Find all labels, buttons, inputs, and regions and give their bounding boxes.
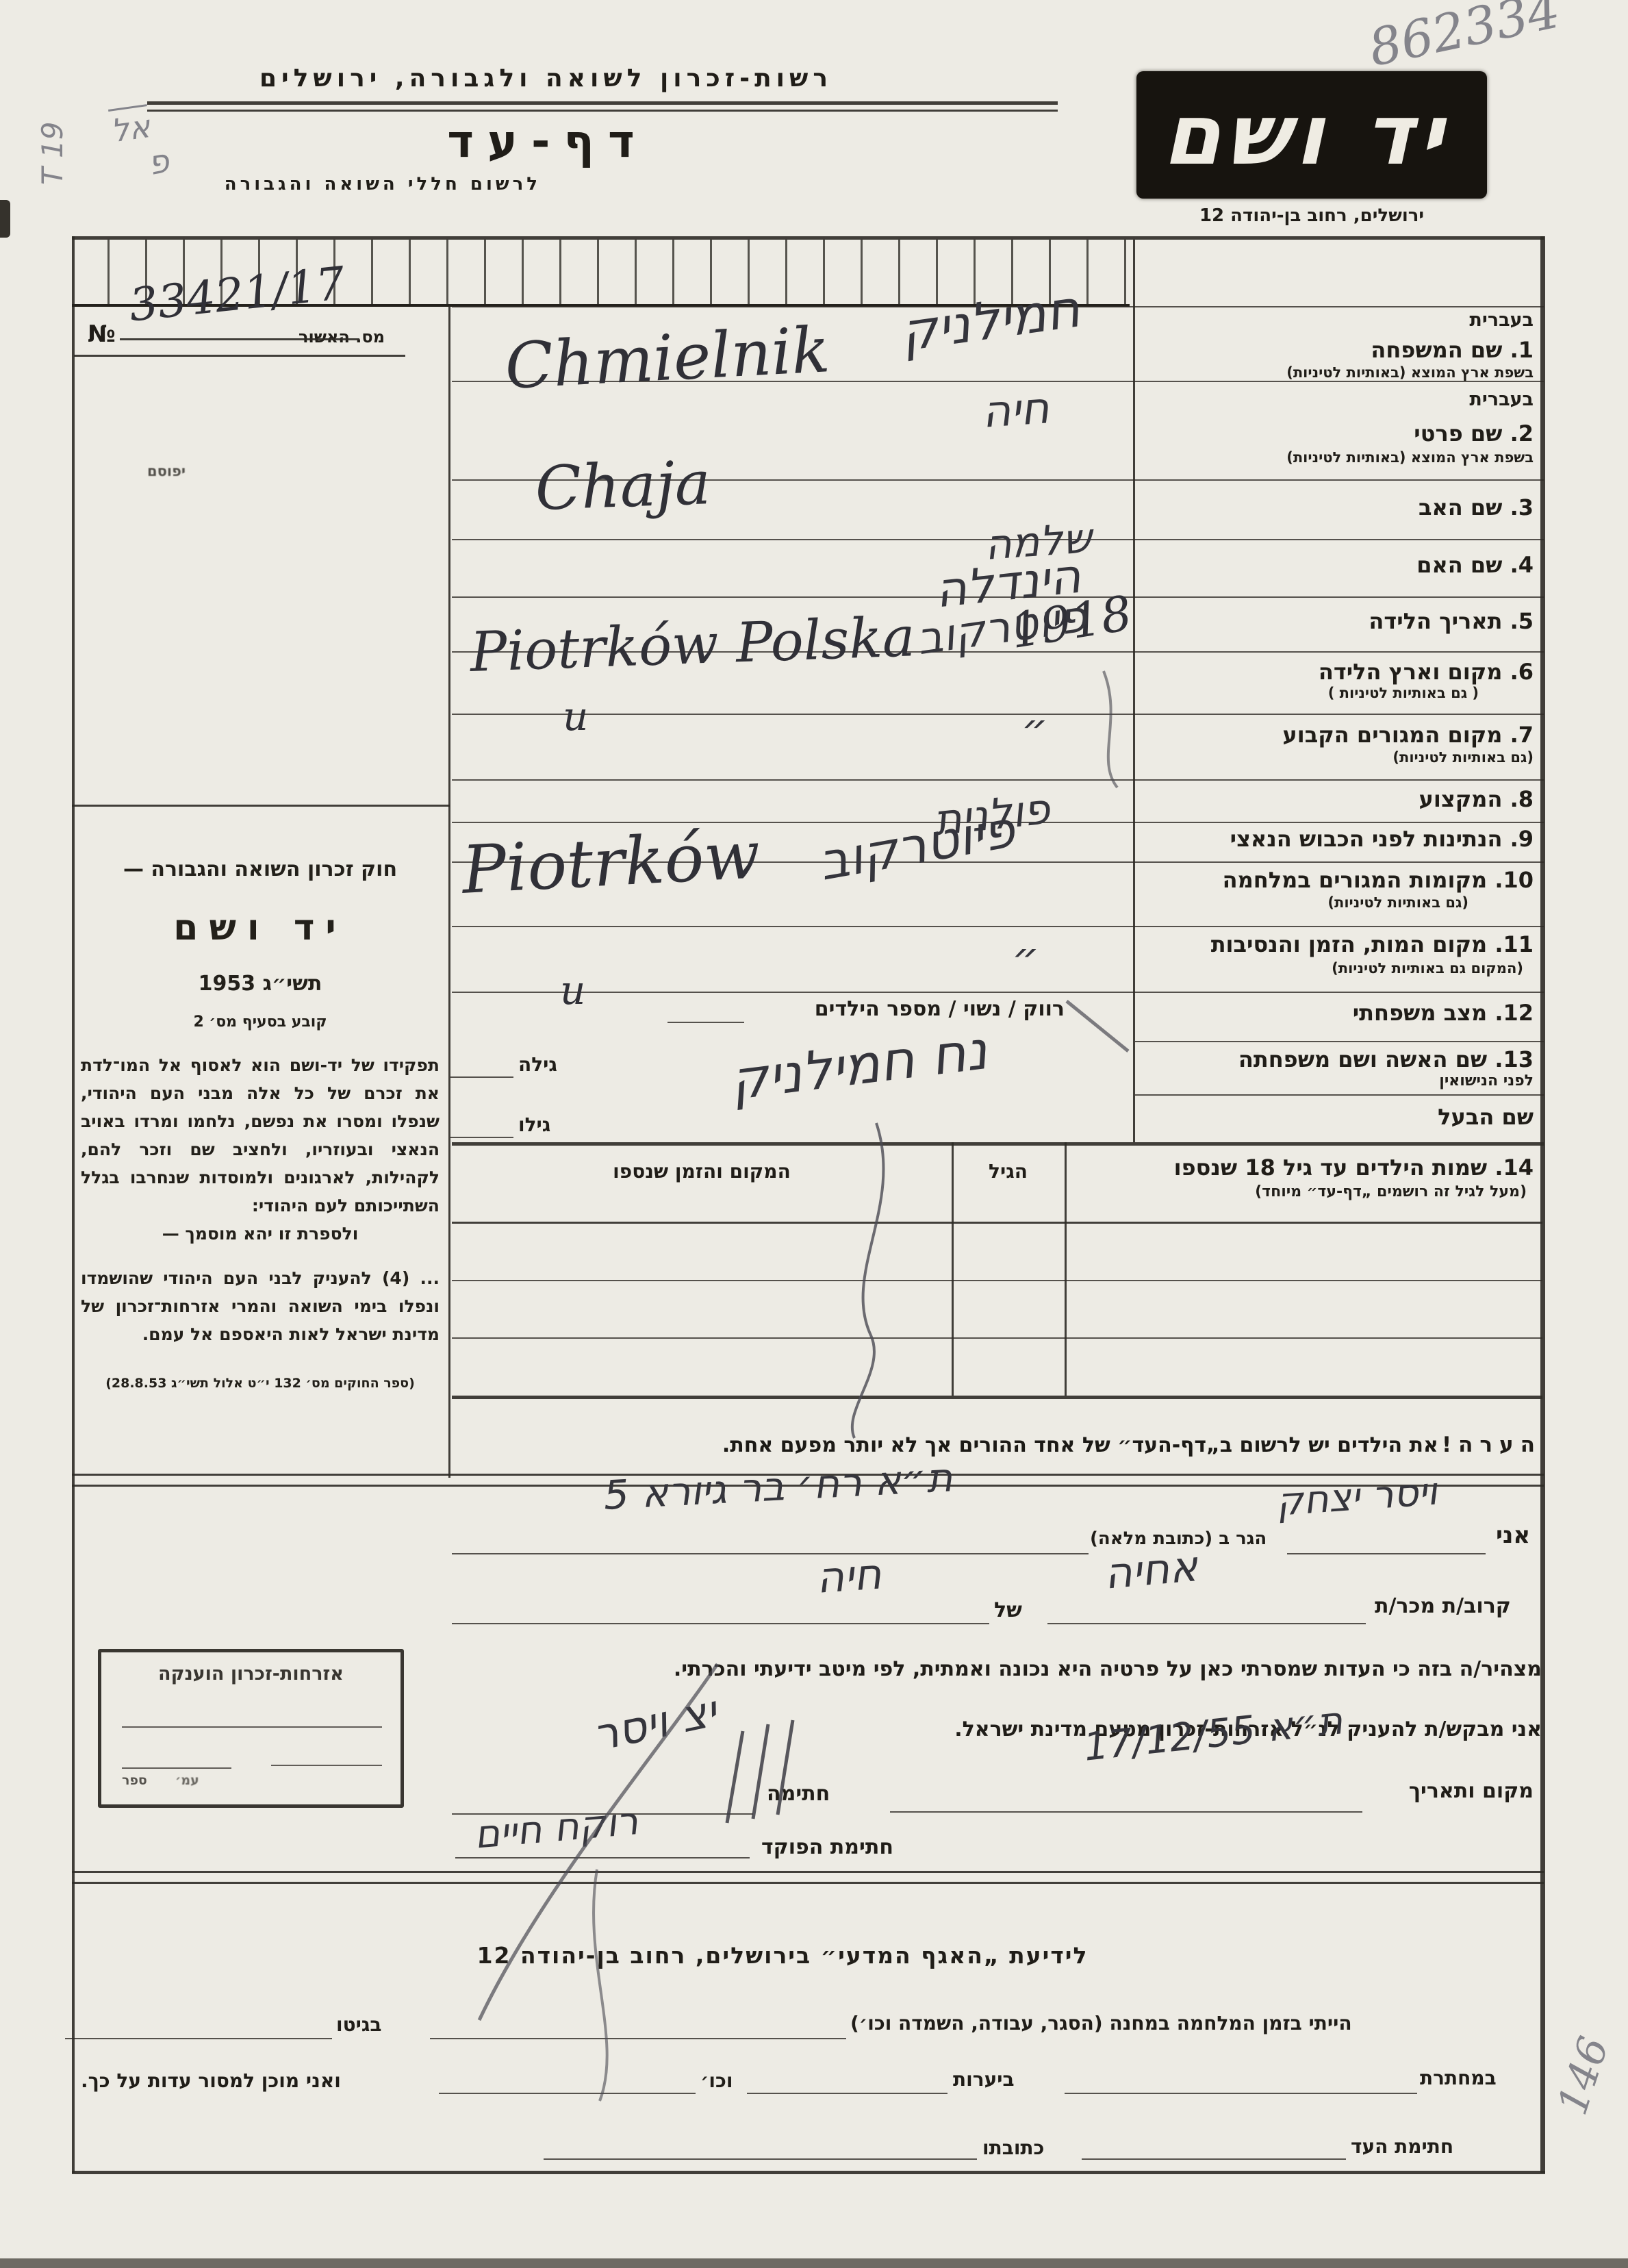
ruled-line bbox=[1082, 2158, 1346, 2160]
ruled-line bbox=[430, 2038, 846, 2039]
field14-sublabel: (מעל לגיל זה רושמים „דף-עד״ מיוחד) bbox=[1071, 1183, 1527, 1200]
ruled-line bbox=[544, 2158, 977, 2160]
wife-age-label: גילה bbox=[518, 1053, 557, 1076]
authority-line: רשות-זכרון לשואה ולגבורה, ירושלים bbox=[205, 64, 887, 92]
stamp-line bbox=[122, 1726, 382, 1728]
pencil-pe-mark: פ bbox=[145, 142, 172, 183]
left-column-divider bbox=[448, 306, 450, 1478]
law-box-top bbox=[72, 805, 450, 807]
section-double-rule bbox=[72, 1882, 1544, 1884]
stamp-page-label: עמ׳ bbox=[175, 1773, 199, 1788]
field2-sublabel: בשפת ארץ המוצא (באותיות לטיניות) bbox=[1140, 449, 1534, 466]
citizenship-stamp-box: אזרחות-זכרון הוענקה ספר עמ׳ bbox=[98, 1649, 404, 1808]
table-divider bbox=[1065, 1142, 1067, 1396]
field5-label: 5. תאריך הלידה bbox=[1164, 608, 1534, 634]
forests-label: ביערות bbox=[953, 2068, 1015, 2091]
row-line bbox=[1135, 1094, 1544, 1096]
ruled-line bbox=[439, 2093, 696, 2094]
ruled-line bbox=[452, 1553, 1089, 1554]
field2-lang-label: בעברית bbox=[1301, 389, 1534, 410]
stamp-book-label: ספר bbox=[122, 1773, 147, 1788]
hw-death-place-ditto-latin: u bbox=[560, 967, 585, 1013]
place-date-label: מקום ותאריך bbox=[1369, 1779, 1534, 1803]
table-col-place: המקום והזמן שנספו bbox=[452, 1160, 952, 1183]
field1-label: 1. שם המשפחה bbox=[1164, 337, 1534, 363]
ruled-line bbox=[1287, 1553, 1486, 1554]
table-row-line bbox=[452, 1337, 1542, 1339]
ruled-line bbox=[890, 1811, 1362, 1813]
field13-sublabel: לפני הנישואין bbox=[1140, 1072, 1534, 1089]
pencil-alef-mark: אל bbox=[108, 104, 153, 149]
willing-text: ואני מוכן למסור עדות על כך. bbox=[81, 2069, 433, 2092]
decl-relative-label: קרוב/ת מכר/ת bbox=[1375, 1594, 1511, 1618]
marital-status-options: רווק / נשוי / מספר הילדים bbox=[750, 997, 1065, 1021]
law-body-1: תפקידו של יד-ושם הוא לאסוף אל המו־לדת את… bbox=[81, 1051, 440, 1220]
stamp-line bbox=[271, 1765, 382, 1766]
ghetto-label: בגיטו bbox=[336, 2013, 381, 2036]
ruled-line bbox=[452, 1623, 989, 1624]
small-left-note: יפוסם bbox=[147, 463, 186, 479]
ruled-line bbox=[1047, 1623, 1366, 1624]
pencil-archive-mark: T 19 bbox=[36, 122, 69, 185]
row-line bbox=[1135, 1041, 1544, 1042]
section-double-rule bbox=[72, 1871, 1544, 1873]
hw-relation: אחיה bbox=[1102, 1541, 1199, 1599]
form-title: דף-עד bbox=[411, 115, 685, 168]
table-row-line bbox=[452, 1280, 1542, 1281]
ruled-line bbox=[120, 338, 359, 340]
registration-no-label: מס. האשור bbox=[298, 327, 385, 346]
ruled-line bbox=[450, 1137, 513, 1138]
ruled-line bbox=[65, 2038, 332, 2039]
field12-label: 12. מצב משפחתי bbox=[1164, 1000, 1534, 1026]
ruled-line bbox=[455, 1857, 750, 1859]
header-rule bbox=[147, 110, 1058, 112]
clerk-signature-label: חתימת הפוקד bbox=[761, 1835, 893, 1859]
field9-label: 9. הנתינות לפני הכבוש הנאצי bbox=[1143, 826, 1534, 852]
law-name: יד ושם bbox=[77, 907, 444, 948]
underground-label: במחתרת bbox=[1420, 2067, 1497, 2089]
label-column-divider bbox=[1133, 240, 1135, 1142]
table-header-rule bbox=[452, 1222, 1542, 1224]
hw-clerk-signature: רוקח חיים bbox=[472, 1799, 640, 1858]
hw-birthplace-latin: Piotrków Polska bbox=[469, 605, 916, 684]
hw-victim-name: חיה bbox=[815, 1548, 883, 1602]
field6-label: 6. מקום וארץ הלידה bbox=[1164, 659, 1534, 685]
field14-label: 14. שמות הילדים עד גיל 18 שנספו bbox=[1071, 1155, 1534, 1181]
hw-family-name-latin: Chmielnik bbox=[503, 313, 832, 403]
hw-residence-ditto-hebrew: ״ bbox=[1021, 705, 1048, 753]
field11-label: 11. מקום המות, הזמן והנסיבות bbox=[1143, 931, 1534, 957]
note-text: את הילדים יש לרשום ב„דף-העד״ של אחד ההור… bbox=[722, 1433, 1438, 1457]
field10-sublabel: (גם באותיות לטיניות) bbox=[1140, 894, 1468, 911]
hw-first-name-latin: Chaja bbox=[534, 447, 712, 524]
hw-witness-name: ויסר יצחק bbox=[1275, 1470, 1439, 1525]
field6-sublabel: ( גם באותיות לטיניות ) bbox=[1150, 685, 1479, 701]
logo-text: יד ושם bbox=[1158, 86, 1465, 184]
decl-declare-text: מצהיר/ה בזה כי העדות שמסרתי כאן על פרטיה… bbox=[452, 1657, 1542, 1681]
field10-label: 10. מקומות המגורים במלחמה bbox=[1143, 867, 1534, 893]
field3-label: 3. שם האב bbox=[1164, 494, 1534, 520]
header-rule bbox=[147, 101, 1058, 105]
hw-first-name-hebrew: חיה bbox=[980, 383, 1051, 438]
form-subtitle: לרשום חללי השואה והגבורה bbox=[274, 174, 541, 194]
hw-witness-signature: יצ ויסר bbox=[589, 1686, 721, 1761]
hw-residence-ditto-latin: u bbox=[563, 693, 588, 740]
field4-label: 4. שם האם bbox=[1164, 552, 1534, 578]
row-line bbox=[452, 779, 1544, 781]
law-source: (ספר החוקים מס׳ 132 י״ט אלול תשי״ג 28.8.… bbox=[77, 1376, 444, 1391]
hw-wartime-place-latin: Piotrków bbox=[460, 816, 762, 909]
table-border-top bbox=[452, 1142, 1544, 1146]
witness-sign-label: חתימת העד bbox=[1351, 2135, 1453, 2158]
hw-place-date: ת״א 17/12/55 bbox=[1082, 1698, 1345, 1769]
etc-label: וכו׳ bbox=[700, 2069, 733, 2092]
row-line bbox=[452, 992, 1544, 993]
law-sidebar: חוק זכרון השואה והגבורה — יד ושם תשי״ג 1… bbox=[77, 808, 444, 1391]
field11-sublabel: (המקום גם באותיות לטיניות) bbox=[1140, 960, 1523, 977]
law-body-3: ... (4) להעניק לבני העם היהודי שהושמדו ו… bbox=[81, 1264, 440, 1348]
law-title: חוק זכרון השואה והגבורה — bbox=[77, 857, 444, 881]
footer-heading: לידיעת „האגף המדעי״ בירושלים, רחוב בן-יה… bbox=[430, 1942, 1135, 1969]
hw-wartime-place-hebrew: פיוטרקוב bbox=[815, 800, 1019, 892]
table-border-bottom bbox=[452, 1396, 1542, 1399]
decl-of-label: של bbox=[994, 1598, 1022, 1622]
stamp-line bbox=[122, 1767, 231, 1769]
ruled-line bbox=[74, 355, 405, 357]
note-label: הערה! bbox=[1442, 1433, 1542, 1457]
law-year: תשי״ג 1953 bbox=[77, 972, 444, 996]
table-col-age: הגיל bbox=[952, 1160, 1065, 1183]
field1-lang-label: בעברית bbox=[1301, 310, 1534, 331]
field13-label: 13. שם האשה ושם משפחתה bbox=[1143, 1046, 1534, 1072]
field2-label: 2. שם פרטי bbox=[1164, 420, 1534, 446]
pencil-page-number: 146 bbox=[1549, 2031, 1618, 2121]
witness-address-label: כתובתו bbox=[982, 2137, 1044, 2159]
field7-sublabel: (גם באותיות לטיניות) bbox=[1140, 749, 1534, 766]
field7-label: 7. מקום המגורים הקבוע bbox=[1164, 722, 1534, 748]
form-border-bottom bbox=[72, 2171, 1545, 2174]
table-divider bbox=[952, 1142, 954, 1396]
field1-sublabel: בשפת ארץ המוצא (באותיות לטיניות) bbox=[1140, 364, 1534, 381]
decl-i-label: אני bbox=[1496, 1522, 1530, 1549]
children-note: הערה! את הילדים יש לרשום ב„דף-העד״ של אח… bbox=[438, 1433, 1542, 1457]
logo-address: ירושלים, רחוב בן-יהודה 12 bbox=[1136, 205, 1487, 226]
pencil-serial-number: 862334 bbox=[1364, 0, 1565, 78]
row-line bbox=[452, 714, 1544, 715]
hw-husband-name: נח חמילניק bbox=[727, 1020, 991, 1112]
signature-label: חתימה bbox=[767, 1782, 830, 1806]
testimony-form-page: T 19 אל פ רשות-זכרון לשואה ולגבורה, ירוש… bbox=[0, 0, 1628, 2268]
hw-death-place-ditto-hebrew: ״ bbox=[1012, 933, 1039, 983]
yad-vashem-logo: יד ושם bbox=[1136, 71, 1487, 199]
field8-label: 8. המקצוע bbox=[1164, 786, 1534, 812]
law-clause: קובע בסעיף מס׳ 2 bbox=[77, 1013, 444, 1031]
scan-edge-blob bbox=[0, 200, 10, 238]
husband-label: שם הבעל bbox=[1164, 1104, 1534, 1130]
husband-age-label: גילו bbox=[518, 1113, 550, 1136]
ruled-line bbox=[667, 1022, 744, 1023]
stamp-title: אזרחות-זכרון הוענקה bbox=[101, 1663, 400, 1685]
law-body-2: ולספרת זו יהא מוסמך — bbox=[77, 1224, 444, 1244]
ruled-line bbox=[1065, 2093, 1417, 2094]
camp-label: הייתי בזמן המלחמה במחנה (הסגר, עבודה, הש… bbox=[850, 2012, 1487, 2034]
ruled-line bbox=[747, 2093, 947, 2094]
hw-witness-address: ת״א רח׳ בר גיורא 5 bbox=[602, 1454, 954, 1519]
registration-no-sign: № bbox=[88, 320, 116, 348]
ruled-line bbox=[450, 1076, 513, 1078]
row-line bbox=[452, 926, 1544, 927]
